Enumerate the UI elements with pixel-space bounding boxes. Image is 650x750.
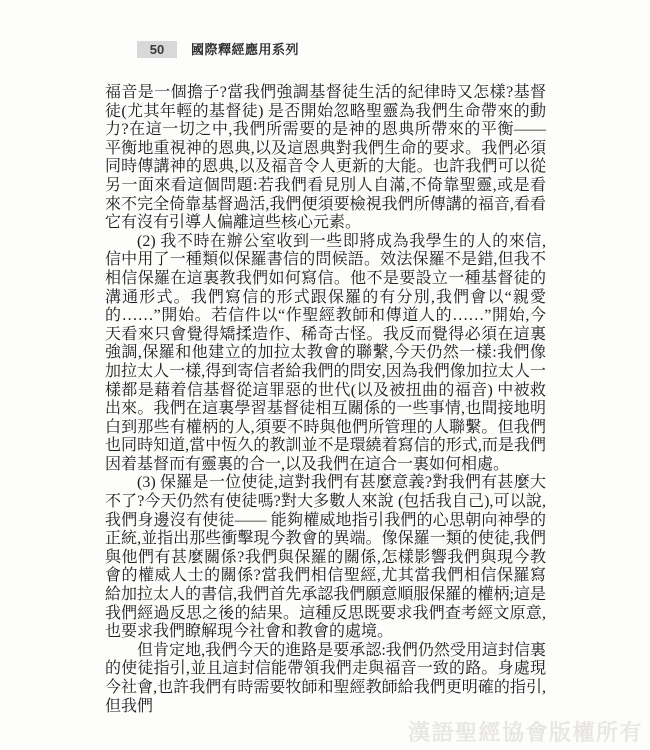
paragraph: (3) 保羅是一位使徒,這對我們有甚麼意義?對我們有甚麼大不了?今天仍然有使徒嗎…	[105, 474, 546, 641]
series-title: 國際釋經應用系列	[191, 43, 299, 56]
paragraph: 福音是一個擔子?當我們強調基督徒生活的紀律時又怎樣?基督徒(尤其年輕的基督徒) …	[105, 84, 546, 233]
page-number-badge: 50	[137, 41, 177, 58]
page-body: 福音是一個擔子?當我們強調基督徒生活的紀律時又怎樣?基督徒(尤其年輕的基督徒) …	[105, 84, 546, 716]
book-page: 50 國際釋經應用系列 福音是一個擔子?當我們強調基督徒生活的紀律時又怎樣?基督…	[0, 0, 650, 750]
paragraph: 但肯定地,我們今天的進路是要承認:我們仍然受用這封信裏的使徒指引,並且這封信能帶…	[105, 642, 546, 716]
paragraph: (2) 我不時在辦公室收到一些即將成為我學生的人的來信,信中用了一種類似保羅書信…	[105, 233, 546, 475]
copyright-watermark: 漢語聖經協會版權所有	[408, 716, 643, 747]
page-header: 50 國際釋經應用系列	[137, 41, 299, 58]
